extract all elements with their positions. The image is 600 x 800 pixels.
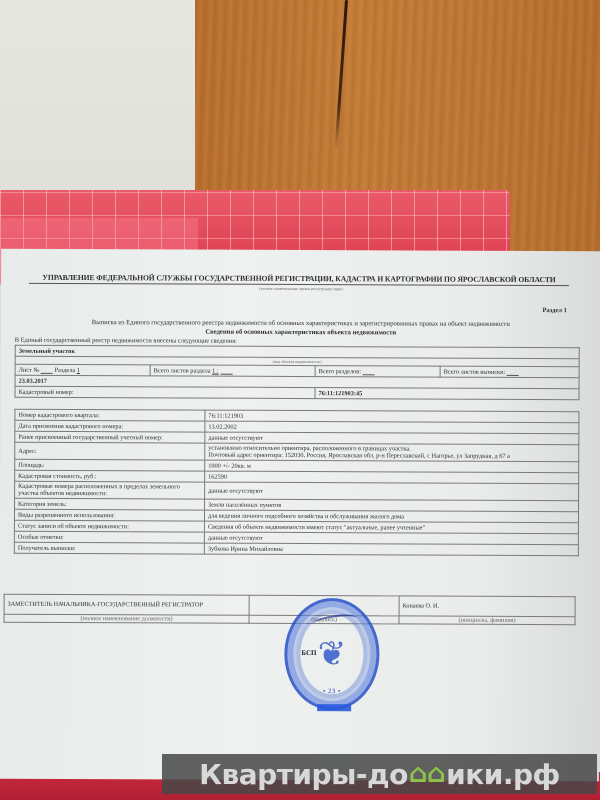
signatory-name: Конаева О. И. xyxy=(399,596,575,617)
cadastral-number-label: Кадастровый номер: xyxy=(15,386,315,398)
characteristics-table: Номер кадастрового квартала:76:11:121903… xyxy=(14,409,580,556)
stamp-code: БСП xyxy=(301,649,316,657)
header-table: Земельный участок (вид объекта недвижимо… xyxy=(15,345,580,400)
double-headed-eagle-icon: ❦ xyxy=(318,637,347,671)
signatory-position: ЗАМЕСТИТЕЛЬ НАЧАЛЬНИКА-ГОСУДАРСТВЕННЫЙ Р… xyxy=(4,594,249,615)
total-extract-sheets-label: Всего листов выписки: xyxy=(444,368,506,375)
signature-table: ЗАМЕСТИТЕЛЬ НАЧАЛЬНИКА-ГОСУДАРСТВЕННЫЙ Р… xyxy=(4,594,576,625)
total-sections-label: Всего разделов: xyxy=(319,368,361,375)
watermark-text-after: ики.рф xyxy=(446,758,560,791)
section-label: Раздел 1 xyxy=(542,307,566,314)
watermark: Квартиры-до ⌂⌂ ики.рф xyxy=(162,754,597,794)
houses-icon: ⌂⌂ xyxy=(409,759,445,789)
stamp-tab xyxy=(317,704,351,711)
handwritten-signature xyxy=(312,612,358,630)
extract-subtitle: Сведения об основных характеристиках объ… xyxy=(21,328,581,337)
cadastral-number: 76:11:121903:45 xyxy=(315,388,579,400)
total-sections-cell: Всего разделов: xyxy=(315,366,440,378)
total-section-sheets-label: Всего листов раздела xyxy=(154,367,211,374)
table-row: Получатель выписки:Зубкова Ирина Михайло… xyxy=(14,542,578,555)
extract-title: Выписка из Единого государственного реес… xyxy=(21,319,581,328)
background-wall xyxy=(0,0,196,195)
agency-caption: (полное наименование органа регистрации … xyxy=(201,286,401,292)
sheet-number-label: Лист № xyxy=(19,366,40,373)
watermark-text-before: Квартиры-до xyxy=(199,758,408,791)
total-section-sheets-value: 1 : xyxy=(212,367,219,374)
intro-text: В Единый государственный реестр недвижим… xyxy=(15,337,237,345)
name-caption: (инициалы, фамилия) xyxy=(399,616,575,625)
extract-document: УПРАВЛЕНИЕ ФЕДЕРАЛЬНОЙ СЛУЖБЫ ГОСУДАРСТВ… xyxy=(0,249,600,782)
official-stamp: БСП ❦ • 23 • xyxy=(284,598,379,710)
agency-title: УПРАВЛЕНИЕ ФЕДЕРАЛЬНОЙ СЛУЖБЫ ГОСУДАРСТВ… xyxy=(29,273,569,286)
total-extract-sheets-cell: Всего листов выписки: xyxy=(440,366,579,378)
total-section-sheets-cell: Всего листов раздела 1 : xyxy=(150,365,315,377)
address-cell: установлено относительно ориентира, расп… xyxy=(205,443,579,462)
stamp-number: • 23 • xyxy=(287,688,376,695)
section-word: Раздела xyxy=(55,366,76,373)
position-caption: (полное наименование должности) xyxy=(4,614,249,623)
sheet-number-cell: Лист № Раздела 1 xyxy=(15,364,150,376)
section-value: 1 xyxy=(77,367,80,374)
